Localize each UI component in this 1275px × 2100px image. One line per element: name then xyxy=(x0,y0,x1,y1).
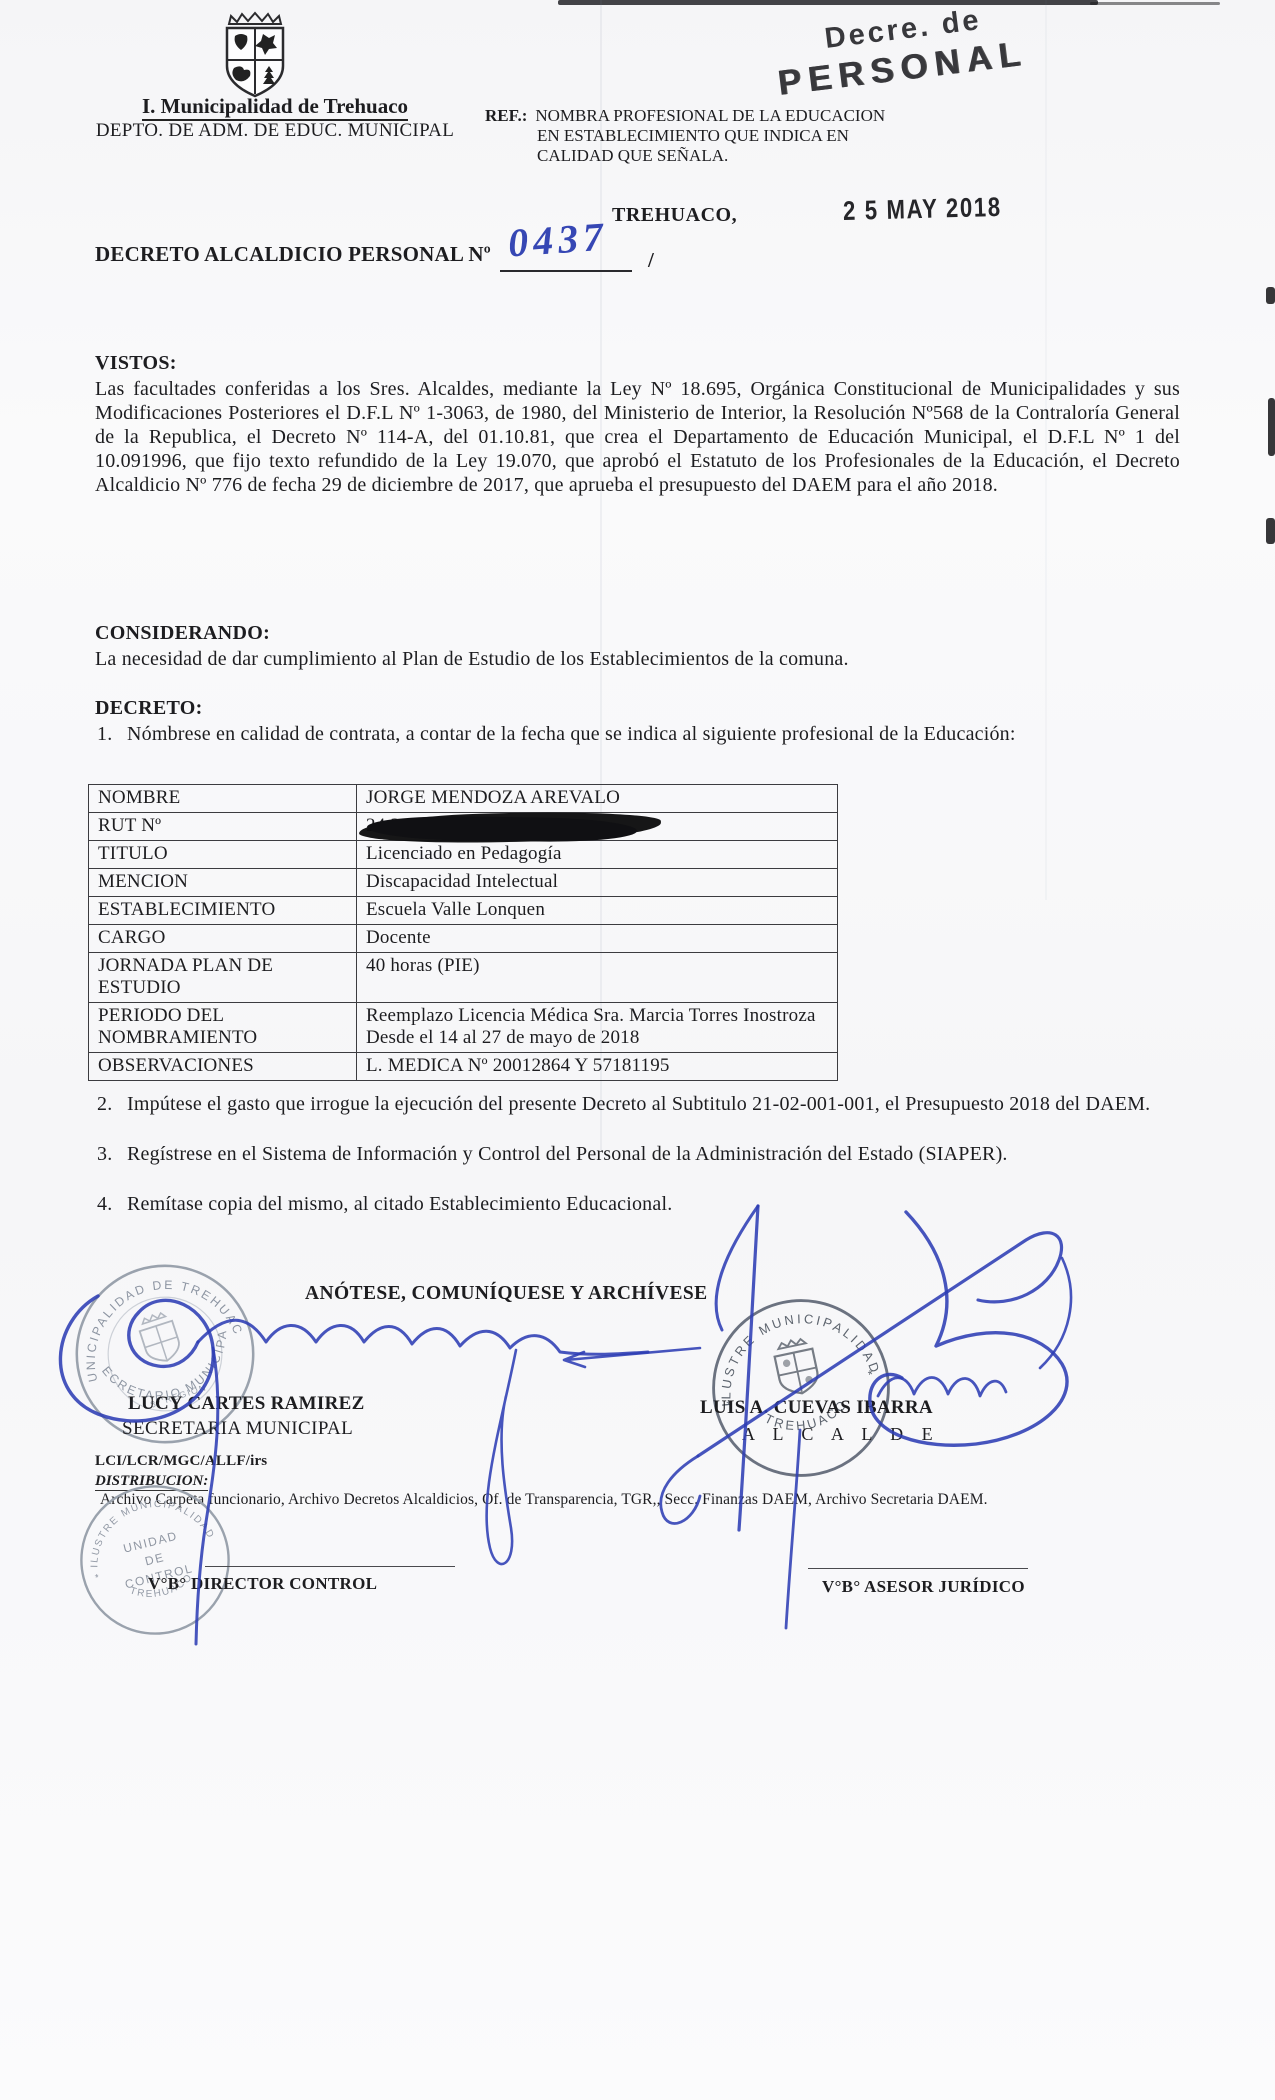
mayor-signature xyxy=(878,1378,1006,1397)
secretary-signature xyxy=(198,1320,648,1354)
secretary-signature xyxy=(487,1350,516,1564)
secretary-signature xyxy=(60,1296,213,1421)
mayor-signature xyxy=(661,1456,700,1523)
ink-signatures xyxy=(0,0,1275,2100)
secretary-signature xyxy=(564,1348,700,1367)
scanned-decree-page: I. Municipalidad de Trehuaco DEPTO. DE A… xyxy=(0,0,1275,2100)
mayor-signature xyxy=(786,1430,800,1628)
mayor-signature xyxy=(739,1206,758,1530)
mayor-signature xyxy=(1040,1258,1071,1368)
mayor-signature xyxy=(870,1212,1067,1445)
